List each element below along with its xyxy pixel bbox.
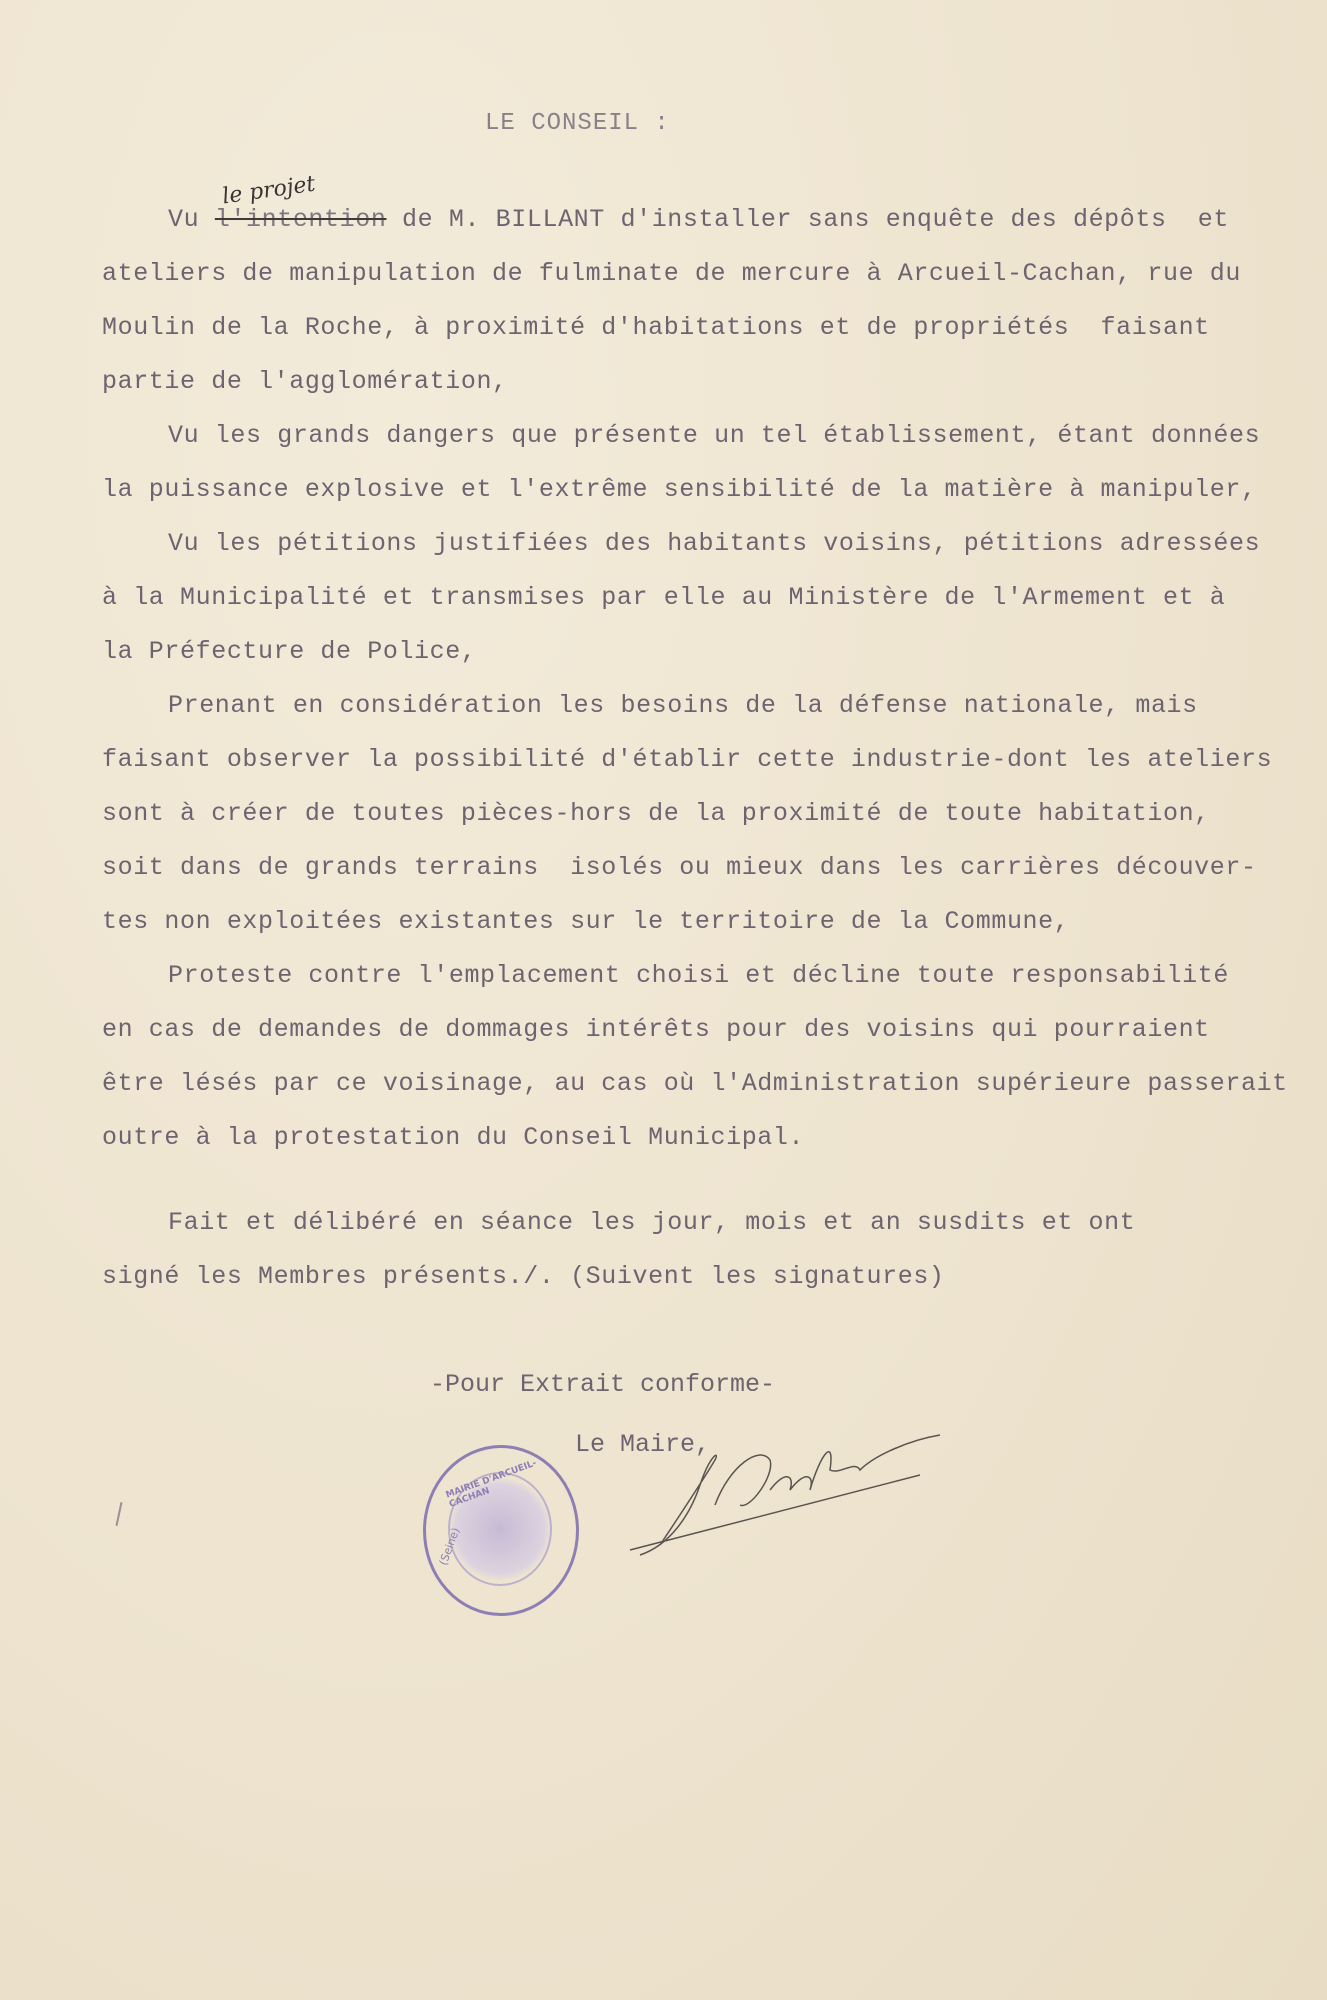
- paragraph-5-line-3: être lésés par ce voisinage, au cas où l…: [102, 1069, 1288, 1098]
- paragraph-2-line-1: Vu les grands dangers que présente un te…: [168, 421, 1260, 450]
- paragraph-2-line-2: la puissance explosive et l'extrême sens…: [102, 475, 1257, 504]
- document-page: LE CONSEIL : le projet Vu l'intention de…: [0, 0, 1327, 2000]
- handwritten-annotation: le projet: [221, 172, 317, 210]
- extract-conforme: -Pour Extrait conforme-: [430, 1370, 775, 1399]
- paragraph-4-line-5: tes non exploitées existantes sur le ter…: [102, 907, 1069, 936]
- paragraph-3-line-2: à la Municipalité et transmises par elle…: [102, 583, 1225, 612]
- paragraph-1-line-2: ateliers de manipulation de fulminate de…: [102, 259, 1241, 288]
- paragraph-4-line-4: soit dans de grands terrains isolés ou m…: [102, 853, 1257, 882]
- text-segment: de M. BILLANT d'installer sans enquête d…: [386, 205, 1229, 234]
- paragraph-1-line-3: Moulin de la Roche, à proximité d'habita…: [102, 313, 1210, 342]
- paragraph-6-line-1: Fait et délibéré en séance les jour, moi…: [168, 1208, 1135, 1237]
- paragraph-4-line-3: sont à créer de toutes pièces-hors de la…: [102, 799, 1210, 828]
- paragraph-3-line-3: la Préfecture de Police,: [102, 637, 476, 666]
- paragraph-5-line-1: Proteste contre l'emplacement choisi et …: [168, 961, 1229, 990]
- paragraph-5-line-2: en cas de demandes de dommages intérêts …: [102, 1015, 1210, 1044]
- paragraph-6-line-2: signé les Membres présents./. (Suivent l…: [102, 1262, 945, 1291]
- mairie-stamp: MAIRIE D'ARCUEIL-CACHAN (Seine): [423, 1445, 579, 1616]
- margin-mark: [116, 1502, 123, 1526]
- paragraph-1-line-4: partie de l'agglomération,: [102, 367, 508, 396]
- paragraph-4-line-1: Prenant en considération les besoins de …: [168, 691, 1198, 720]
- paragraph-1-line-1: Vu l'intention de M. BILLANT d'installer…: [168, 205, 1229, 234]
- text-segment: Vu: [168, 205, 215, 234]
- struck-word: l'intention: [215, 205, 387, 234]
- document-title: LE CONSEIL :: [485, 110, 670, 137]
- paragraph-5-line-4: outre à la protestation du Conseil Munic…: [102, 1123, 804, 1152]
- paragraph-4-line-2: faisant observer la possibilité d'établi…: [102, 745, 1272, 774]
- paragraph-3-line-1: Vu les pétitions justifiées des habitant…: [168, 529, 1260, 558]
- mayor-signature-icon: [620, 1415, 950, 1565]
